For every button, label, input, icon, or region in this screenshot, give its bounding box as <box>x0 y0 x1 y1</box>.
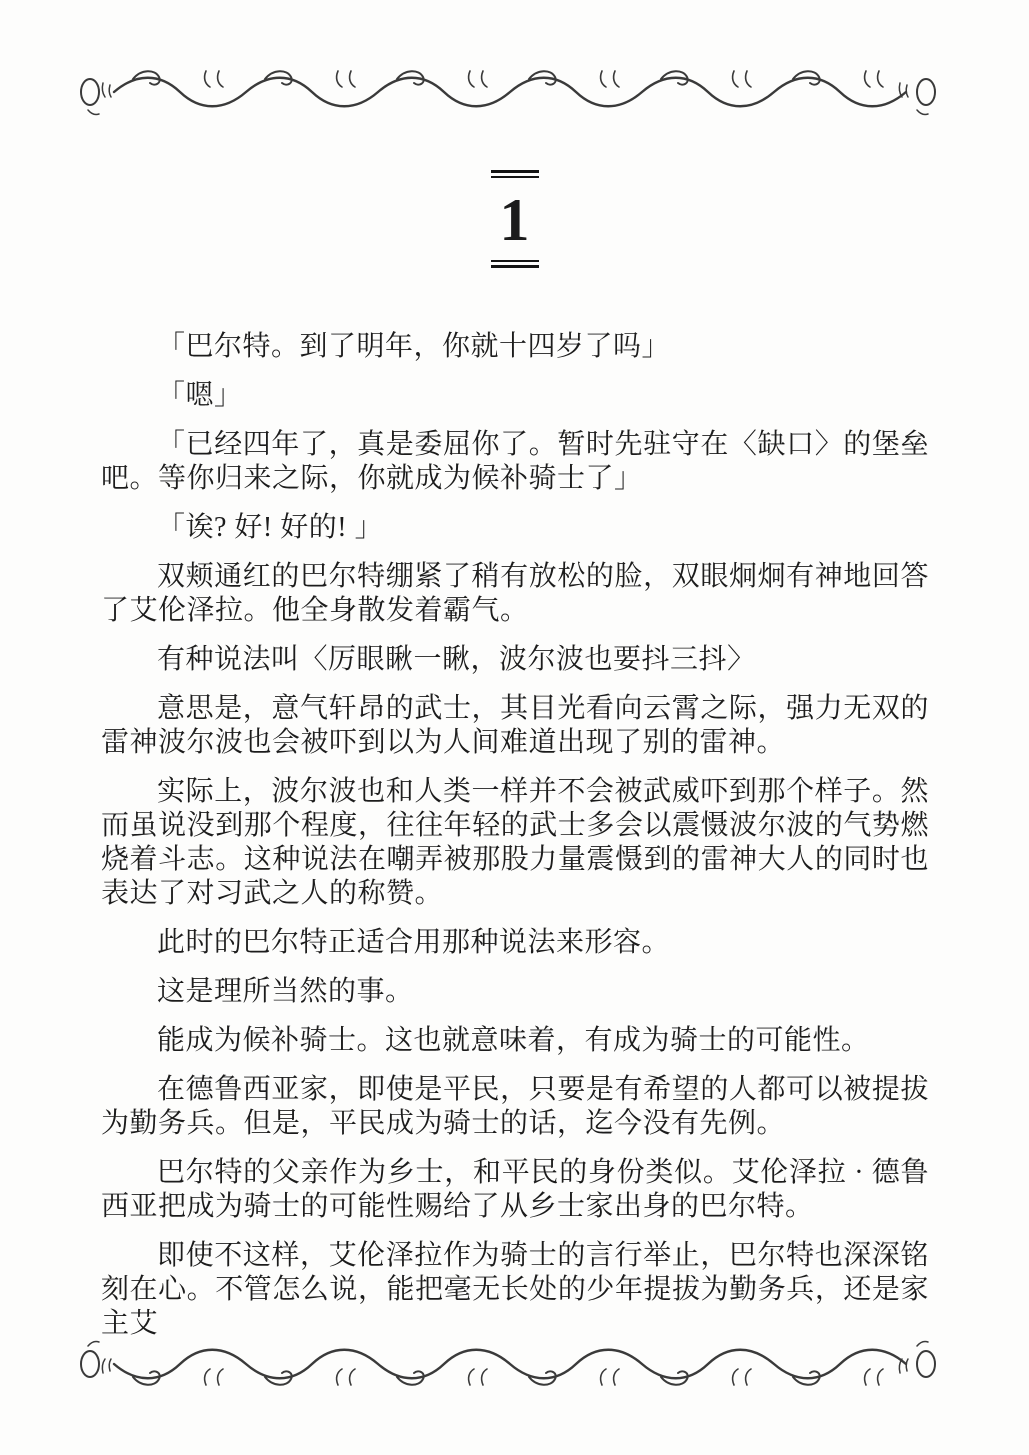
paragraph: 有种说法叫〈厉眼瞅一瞅，波尔波也要抖三抖〉 <box>101 643 929 677</box>
paragraph: 即使不这样，艾伦泽拉作为骑士的言行举止，巴尔特也深深铭刻在心。不管怎么说，能把毫… <box>101 1239 929 1341</box>
paragraph-dialogue: 「巴尔特。到了明年，你就十四岁了吗」 <box>101 330 929 364</box>
paragraph: 在德鲁西亚家，即使是平民，只要是有希望的人都可以被提拔为勤务兵。但是，平民成为骑… <box>101 1073 929 1141</box>
body-text: 「巴尔特。到了明年，你就十四岁了吗」 「嗯」 「已经四年了，真是委屈你了。暂时先… <box>101 330 929 1356</box>
paragraph: 此时的巴尔特正适合用那种说法来形容。 <box>101 926 929 960</box>
wave-scroll-ornament-icon <box>74 1334 954 1392</box>
paragraph: 能成为候补骑士。这也就意味着，有成为骑士的可能性。 <box>101 1024 929 1058</box>
chapter-rule-bottom-icon <box>491 260 539 268</box>
chapter-number: 1 <box>0 190 1029 250</box>
paragraph-dialogue: 「嗯」 <box>101 379 929 413</box>
paragraph-dialogue: 「诶? 好! 好的! 」 <box>101 511 929 545</box>
wave-scroll-ornament-icon <box>74 64 954 122</box>
paragraph: 实际上，波尔波也和人类一样并不会被武威吓到那个样子。然而虽说没到那个程度，往往年… <box>101 775 929 911</box>
paragraph: 意思是，意气轩昂的武士，其目光看向云霄之际，强力无双的雷神波尔波也会被吓到以为人… <box>101 692 929 760</box>
chapter-heading: 1 <box>0 170 1029 268</box>
paragraph: 巴尔特的父亲作为乡士，和平民的身份类似。艾伦泽拉 · 德鲁西亚把成为骑士的可能性… <box>101 1156 929 1224</box>
paragraph-dialogue: 「已经四年了，真是委屈你了。暂时先驻守在〈缺口〉的堡垒吧。等你归来之际，你就成为… <box>101 428 929 496</box>
paragraph: 双颊通红的巴尔特绷紧了稍有放松的脸，双眼炯炯有神地回答了艾伦泽拉。他全身散发着霸… <box>101 560 929 628</box>
chapter-rule-top-icon <box>491 170 539 178</box>
paragraph: 这是理所当然的事。 <box>101 975 929 1009</box>
